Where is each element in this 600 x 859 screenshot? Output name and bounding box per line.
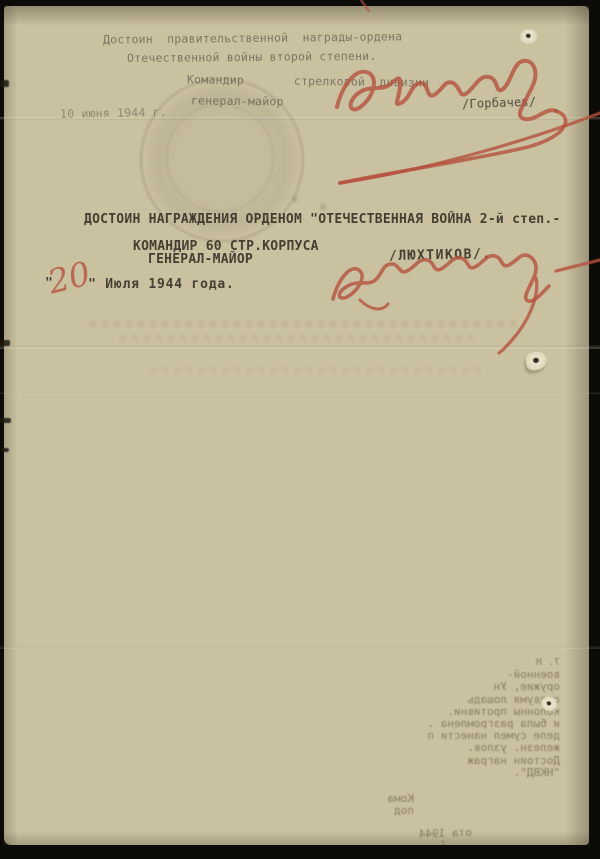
stamp-dot: [320, 204, 326, 210]
award-line: ДОСТОИН НАГРАЖДЕНИЯ ОРДЕНОМ "ОТЕЧЕСТВЕНН…: [84, 212, 561, 227]
bleedthrough-date-block: ота 1944 г: [402, 827, 473, 851]
bleedthrough-line: г: [402, 839, 472, 850]
endorsement1-date: 10 июня 1944 г.: [60, 105, 167, 121]
bleedthrough-line: "НКВД".: [318, 767, 560, 779]
endorsement1-line2: Отечественной войны второй степени.: [127, 49, 376, 65]
binding-mark: [0, 80, 9, 87]
bleedthrough-text-block: 7. Н военной- оружие, Ун с двумя лошадь …: [318, 657, 560, 779]
endorsement1-typed-name: /Горбачев/: [462, 95, 537, 112]
binding-mark: [0, 418, 11, 423]
bleedthrough-footer-block: Кома под: [368, 793, 414, 817]
bleedthrough-line: под: [368, 805, 414, 817]
binding-mark: [0, 340, 10, 346]
binding-mark: [1, 448, 9, 452]
endorsement2-date: " Июля 1944 года.: [88, 277, 235, 292]
stamp-dot: [292, 196, 298, 202]
endorsement2-rank-line: ГЕНЕРАЛ-МАЙОР: [148, 252, 253, 267]
document-scan: Достоин правительственной награды-ордена…: [0, 0, 600, 859]
endorsement2-typed-name: /ЛЮХТИКОВ/.: [389, 247, 492, 264]
stamp-inner-ring: [166, 104, 274, 212]
endorsement1-rank-line: генерал-майор: [191, 94, 284, 109]
